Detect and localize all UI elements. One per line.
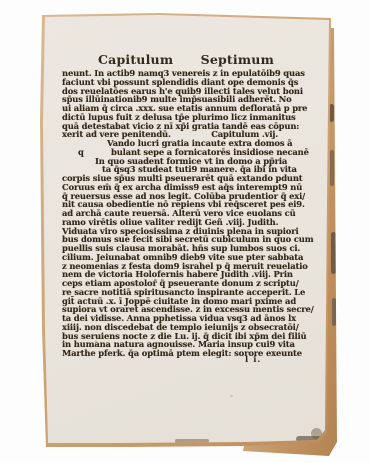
leaf-edge-stain (331, 232, 336, 274)
page-edge: Capitulum Septimum neunt. In actib9 namq… (0, 0, 370, 463)
initial-guide-letter: q (78, 148, 84, 157)
edge-grime (175, 439, 209, 443)
paper-speck (230, 395, 233, 397)
running-title: Capitulum Septimum (62, 52, 308, 67)
book-page: Capitulum Septimum neunt. In actib9 namq… (0, 0, 370, 463)
running-title-right: Septimum (201, 52, 274, 67)
text-block: Capitulum Septimum neunt. In actib9 namq… (62, 52, 308, 67)
body-lines: neunt. In actib9 namq3 venereis z in epu… (62, 69, 308, 358)
text-line-content: Marthe pferk. q̄a optimā ptem elegit: so… (62, 349, 302, 358)
running-title-left: Capitulum (98, 52, 173, 67)
text-line: Marthe pferk. q̄a optimā ptem elegit: so… (62, 349, 308, 358)
leaf-edge-stain (332, 298, 336, 326)
leaf-edge-stain (330, 150, 334, 186)
wormhole-dot (45, 443, 50, 447)
edge-grime (311, 428, 322, 439)
quire-signature: l i. (245, 355, 261, 365)
edge-grime (296, 436, 324, 442)
photo-background: Capitulum Septimum neunt. In actib9 namq… (0, 0, 370, 463)
